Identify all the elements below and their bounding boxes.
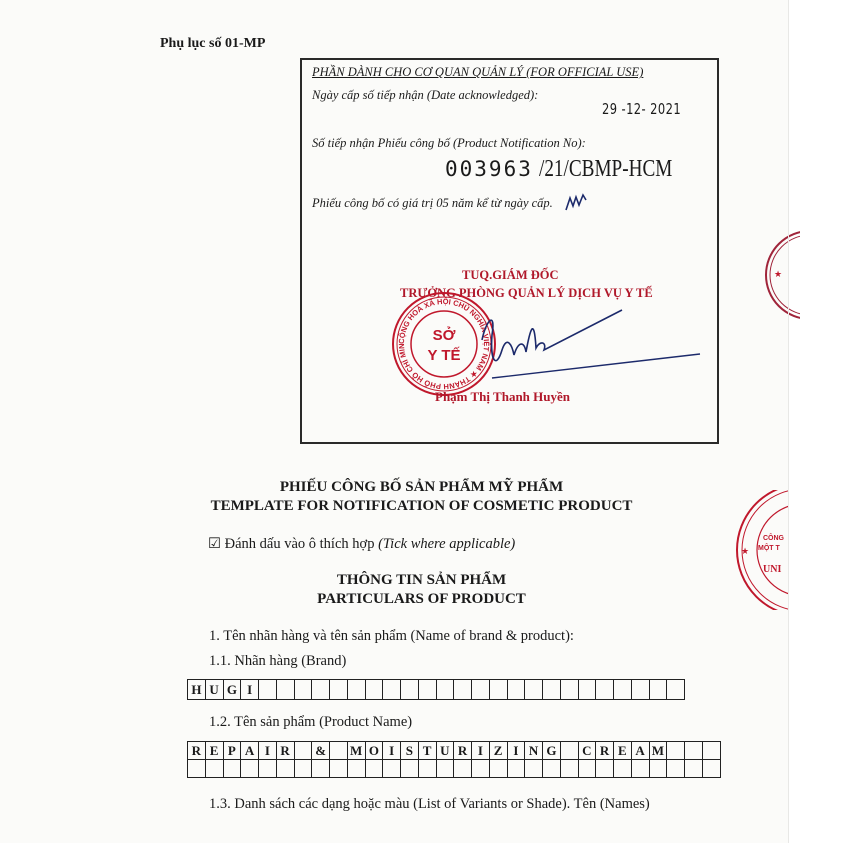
date-acknowledged-value: 29 -12- 2021 xyxy=(602,100,681,118)
char-box xyxy=(650,680,668,700)
char-box xyxy=(596,760,614,778)
char-box xyxy=(330,742,348,760)
char-box xyxy=(543,680,561,700)
svg-text:MỘT T: MỘT T xyxy=(758,543,780,552)
official-use-title: PHẦN DÀNH CHO CƠ QUAN QUẢN LÝ (FOR OFFIC… xyxy=(312,65,643,80)
notification-number: 003963/21/CBMP-HCM xyxy=(445,156,706,183)
section-title-en: PARTICULARS OF PRODUCT xyxy=(0,591,843,608)
char-box xyxy=(561,742,579,760)
grid-row: HUGI xyxy=(188,680,685,700)
partial-seal-top-icon: ★ xyxy=(760,225,800,325)
svg-text:CÔNG: CÔNG xyxy=(763,533,785,542)
char-box xyxy=(295,760,313,778)
char-box xyxy=(401,680,419,700)
char-box xyxy=(312,760,330,778)
char-box xyxy=(437,680,455,700)
char-box xyxy=(206,760,224,778)
notification-number-value: 003963 xyxy=(445,157,533,181)
notification-number-suffix: /21/CBMP-HCM xyxy=(539,156,672,183)
svg-text:★: ★ xyxy=(774,269,782,279)
char-box xyxy=(259,760,277,778)
char-box: I xyxy=(508,742,526,760)
char-box xyxy=(685,742,703,760)
signer-name: Phạm Thị Thanh Huyền xyxy=(435,389,570,405)
date-acknowledged-label: Ngày cấp số tiếp nhận (Date acknowledged… xyxy=(312,88,538,103)
char-box xyxy=(525,680,543,700)
tick-instruction-vi: Đánh dấu vào ô thích hợp xyxy=(225,536,378,552)
validity-text: Phiếu công bố có giá trị 05 năm kể từ ng… xyxy=(312,196,553,211)
char-box xyxy=(579,760,597,778)
char-box xyxy=(241,760,259,778)
char-box: G xyxy=(224,680,242,700)
char-box xyxy=(703,742,721,760)
char-box: I xyxy=(241,680,259,700)
official-use-box: PHẦN DÀNH CHO CƠ QUAN QUẢN LÝ (FOR OFFIC… xyxy=(300,58,719,444)
char-box: P xyxy=(224,742,242,760)
initials-icon xyxy=(564,192,592,214)
char-box xyxy=(295,680,313,700)
section-title-vi: THÔNG TIN SẢN PHẨM xyxy=(0,572,843,589)
char-box: A xyxy=(632,742,650,760)
char-box: A xyxy=(241,742,259,760)
char-box: R xyxy=(277,742,295,760)
char-box xyxy=(650,760,668,778)
char-box xyxy=(685,760,703,778)
char-box: E xyxy=(206,742,224,760)
char-box xyxy=(419,760,437,778)
char-box xyxy=(224,760,242,778)
char-box xyxy=(437,760,455,778)
char-box xyxy=(330,680,348,700)
char-box xyxy=(454,760,472,778)
char-box xyxy=(277,760,295,778)
notification-number-label: Số tiếp nhận Phiếu công bố (Product Noti… xyxy=(312,136,586,151)
item-1-2-label: 1.2. Tên sản phẩm (Product Name) xyxy=(209,714,412,731)
char-box xyxy=(419,680,437,700)
page-edge xyxy=(788,0,789,843)
item-1-label: 1. Tên nhãn hàng và tên sản phẩm (Name o… xyxy=(209,628,574,645)
char-box xyxy=(277,680,295,700)
char-box xyxy=(348,760,366,778)
appendix-label: Phụ lục số 01-MP xyxy=(160,36,265,52)
char-box xyxy=(472,760,490,778)
signature-icon xyxy=(452,300,702,390)
tick-instruction: ☑ Đánh dấu vào ô thích hợp (Tick where a… xyxy=(208,536,515,553)
char-box xyxy=(508,760,526,778)
char-box xyxy=(561,760,579,778)
char-box xyxy=(579,680,597,700)
char-box: E xyxy=(614,742,632,760)
char-box xyxy=(667,680,685,700)
char-box xyxy=(543,760,561,778)
char-box: C xyxy=(579,742,597,760)
char-box: G xyxy=(543,742,561,760)
char-box: M xyxy=(348,742,366,760)
char-box: I xyxy=(383,742,401,760)
char-box: R xyxy=(188,742,206,760)
char-box: U xyxy=(206,680,224,700)
char-box xyxy=(330,760,348,778)
char-box xyxy=(348,680,366,700)
char-box xyxy=(525,760,543,778)
char-box xyxy=(188,760,206,778)
char-box: H xyxy=(188,680,206,700)
char-box xyxy=(667,742,685,760)
char-box xyxy=(366,680,384,700)
char-box xyxy=(401,760,419,778)
brand-char-grid: HUGI xyxy=(187,679,685,700)
char-box: M xyxy=(650,742,668,760)
partial-company-seal-icon: ★ CÔNG MỘT T UNI xyxy=(733,490,789,610)
char-box xyxy=(454,680,472,700)
char-box xyxy=(472,680,490,700)
char-box: R xyxy=(454,742,472,760)
char-box xyxy=(383,680,401,700)
document-page: Phụ lục số 01-MP PHẦN DÀNH CHO CƠ QUAN Q… xyxy=(0,0,789,843)
char-box xyxy=(703,760,721,778)
char-box: U xyxy=(437,742,455,760)
char-box: S xyxy=(401,742,419,760)
char-box: I xyxy=(259,742,277,760)
char-box xyxy=(596,680,614,700)
item-1-1-label: 1.1. Nhãn hàng (Brand) xyxy=(209,653,346,670)
char-box: T xyxy=(419,742,437,760)
char-box xyxy=(614,760,632,778)
title-english: TEMPLATE FOR NOTIFICATION OF COSMETIC PR… xyxy=(0,498,843,515)
char-box xyxy=(667,760,685,778)
svg-text:UNI: UNI xyxy=(763,564,781,575)
char-box: Z xyxy=(490,742,508,760)
char-box xyxy=(295,742,313,760)
title-vietnamese: PHIẾU CÔNG BỐ SẢN PHẨM MỸ PHẨM xyxy=(0,479,843,496)
char-box xyxy=(490,760,508,778)
item-1-3-label: 1.3. Danh sách các dạng hoặc màu (List o… xyxy=(209,796,650,813)
char-box xyxy=(614,680,632,700)
grid-row xyxy=(188,760,721,778)
char-box xyxy=(383,760,401,778)
char-box: & xyxy=(312,742,330,760)
char-box xyxy=(632,760,650,778)
char-box xyxy=(366,760,384,778)
svg-text:★: ★ xyxy=(741,546,749,556)
char-box xyxy=(312,680,330,700)
char-box xyxy=(259,680,277,700)
char-box: I xyxy=(472,742,490,760)
char-box xyxy=(490,680,508,700)
tick-instruction-en: (Tick where applicable) xyxy=(378,536,515,552)
char-box xyxy=(561,680,579,700)
char-box: O xyxy=(366,742,384,760)
char-box: R xyxy=(596,742,614,760)
checkbox-icon: ☑ xyxy=(208,536,221,552)
product-name-char-grid: REPAIR&MOISTURIZINGCREAM xyxy=(187,741,721,778)
signer-title-1: TUQ.GIÁM ĐỐC xyxy=(462,268,559,283)
char-box xyxy=(508,680,526,700)
grid-row: REPAIR&MOISTURIZINGCREAM xyxy=(188,742,721,760)
char-box xyxy=(632,680,650,700)
char-box: N xyxy=(525,742,543,760)
